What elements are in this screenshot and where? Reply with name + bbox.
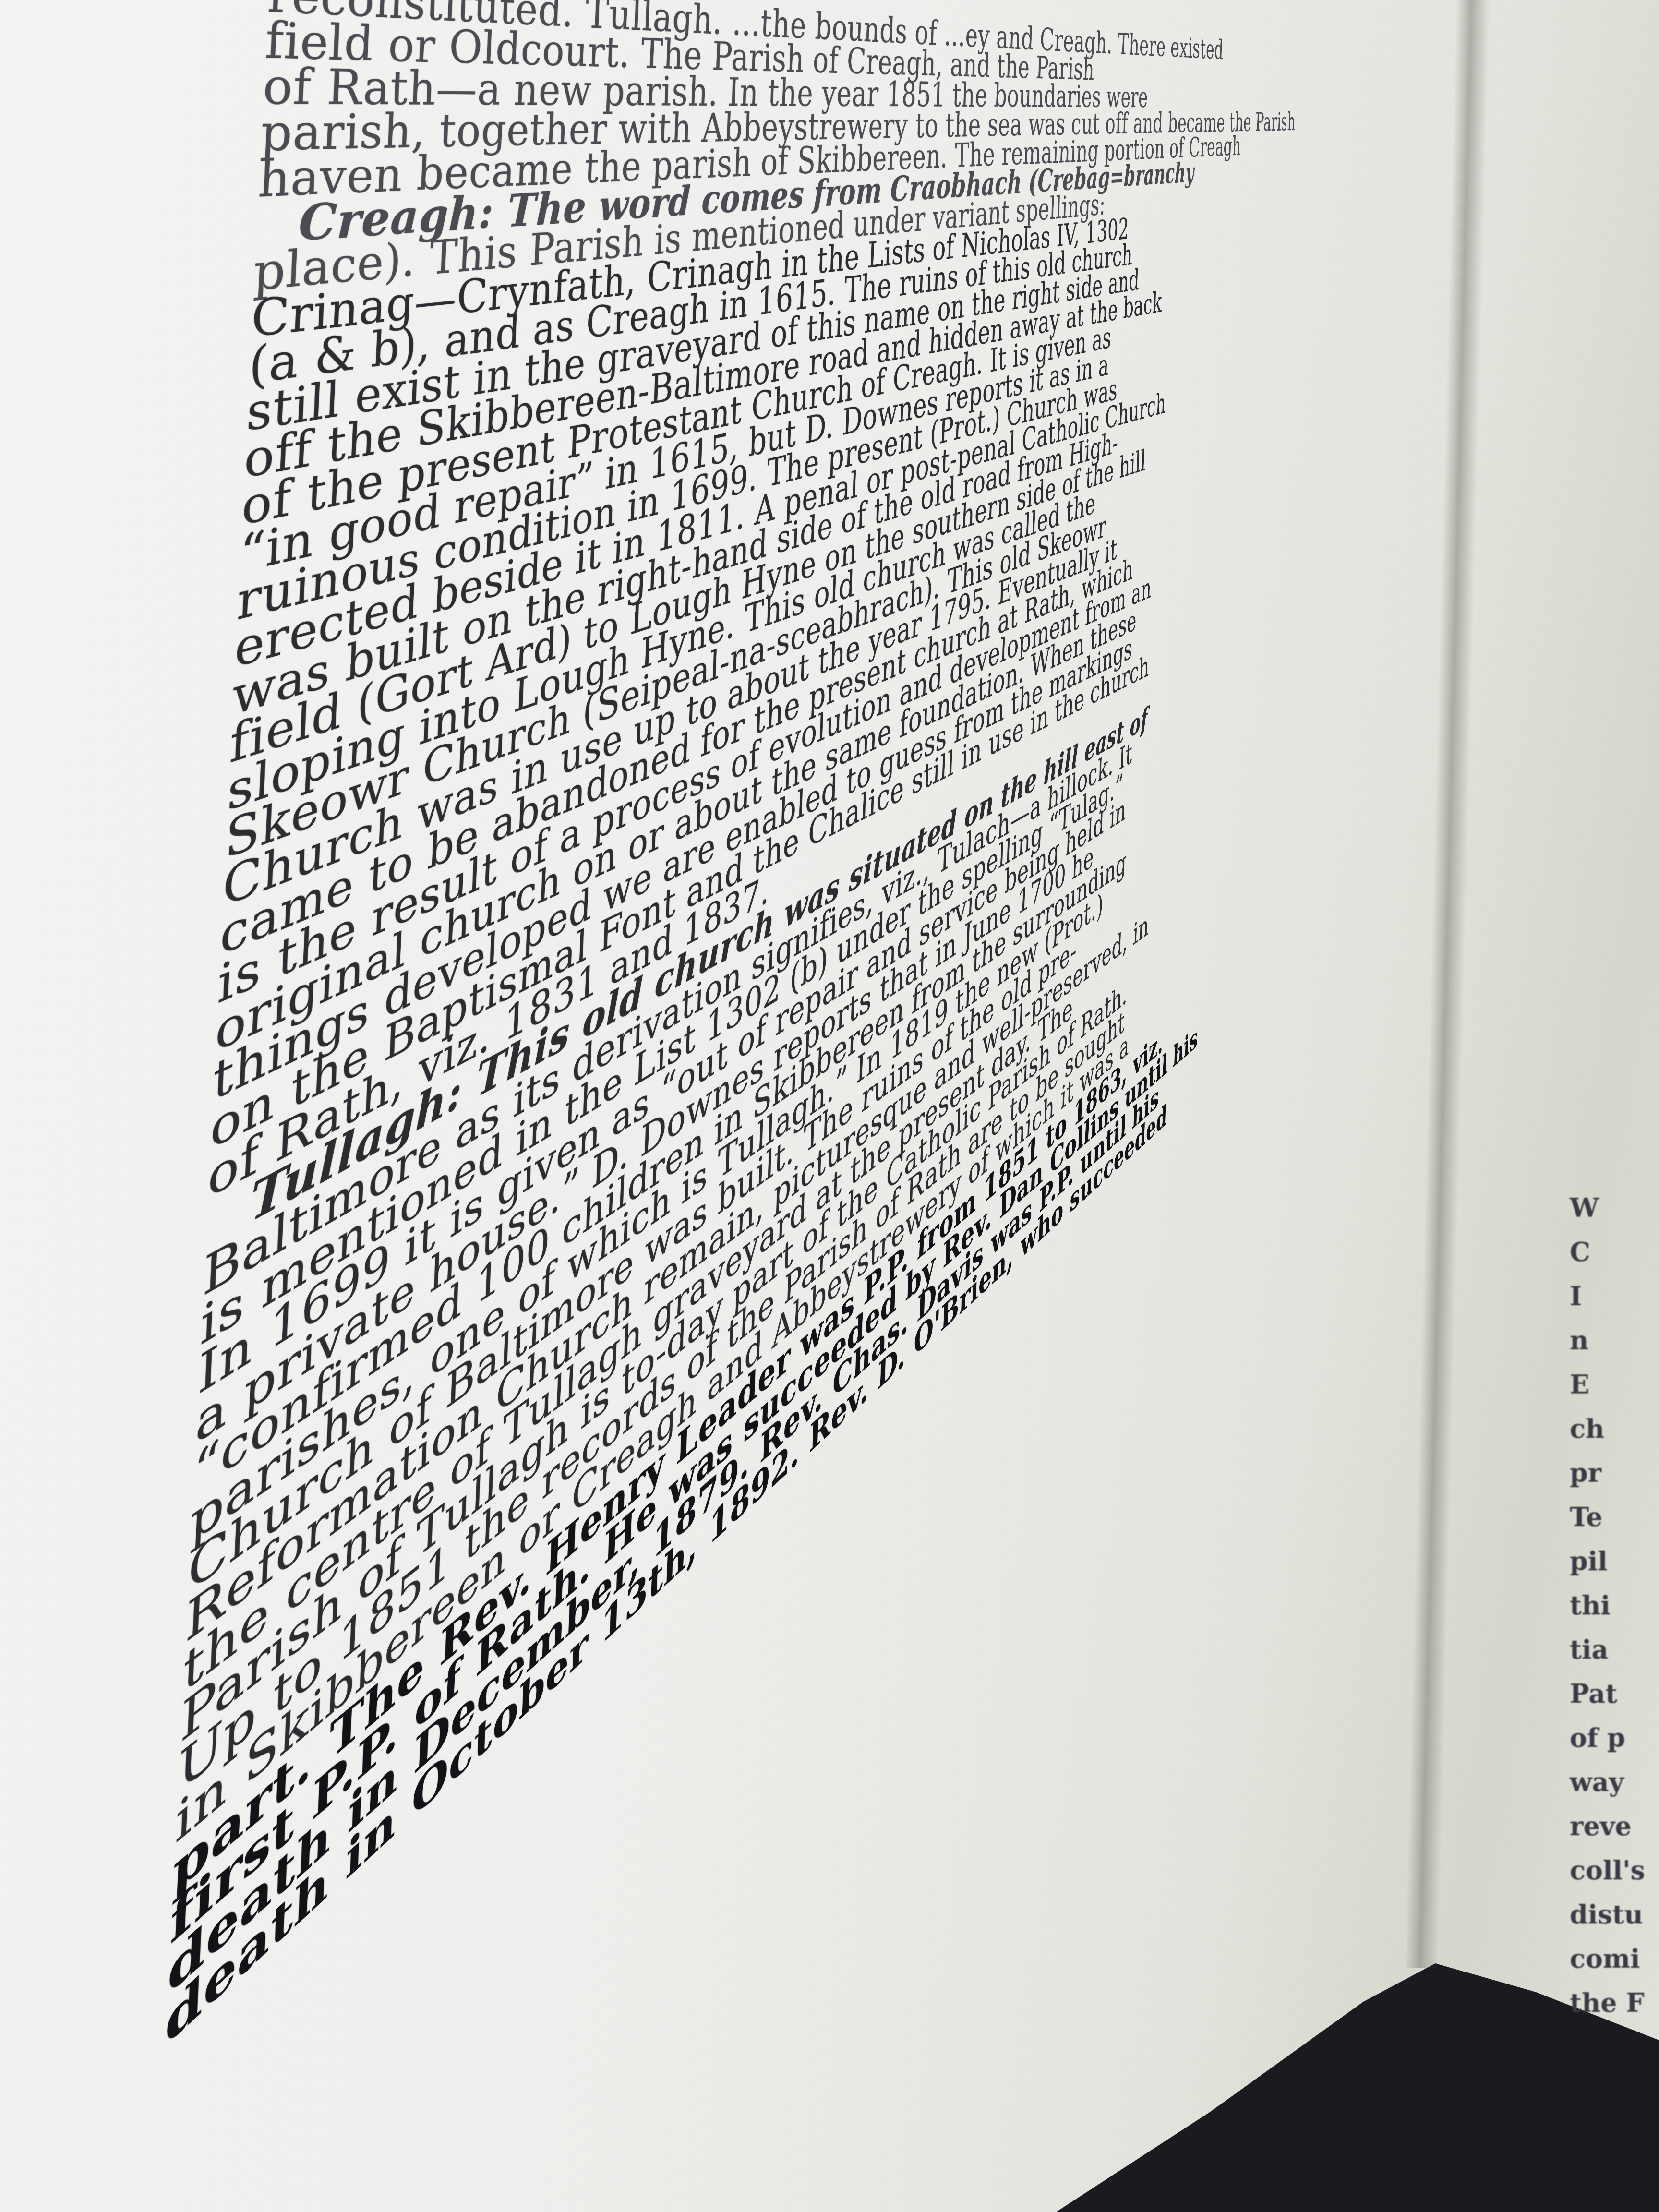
text-fragment: Te [1570,1495,1659,1539]
text-fragment: W [1570,1186,1659,1230]
text-fragment: C [1570,1230,1659,1274]
text-fragment: n [1570,1318,1659,1362]
text-fragment: E [1570,1362,1659,1407]
text-fragment: comi [1570,1936,1659,1981]
book-gutter [1405,0,1490,1968]
text-fragment: pr [1570,1451,1659,1495]
text-fragment: tia [1570,1627,1659,1671]
text-fragment: distu [1570,1892,1659,1936]
text-fragment: thi [1570,1583,1659,1627]
text-fragment: way [1570,1760,1659,1804]
text-fragment: Pat [1570,1671,1659,1716]
book-photo: reconstituted. Tullagh. ...the bounds of… [0,0,1659,2212]
text-fragment: reve [1570,1804,1659,1848]
left-page: reconstituted. Tullagh. ...the bounds of… [164,0,1036,2053]
text-fragment: of p [1570,1716,1659,1760]
text-fragment: pil [1570,1539,1659,1583]
text-fragment: I [1570,1274,1659,1318]
right-page-edge: W C I n E ch pr Te pil thi tia Pat of p … [1570,1186,1659,2025]
text-fragment: coll's [1570,1848,1659,1892]
text-fragment: ch [1570,1407,1659,1451]
text-fragment: the F [1570,1981,1659,2025]
